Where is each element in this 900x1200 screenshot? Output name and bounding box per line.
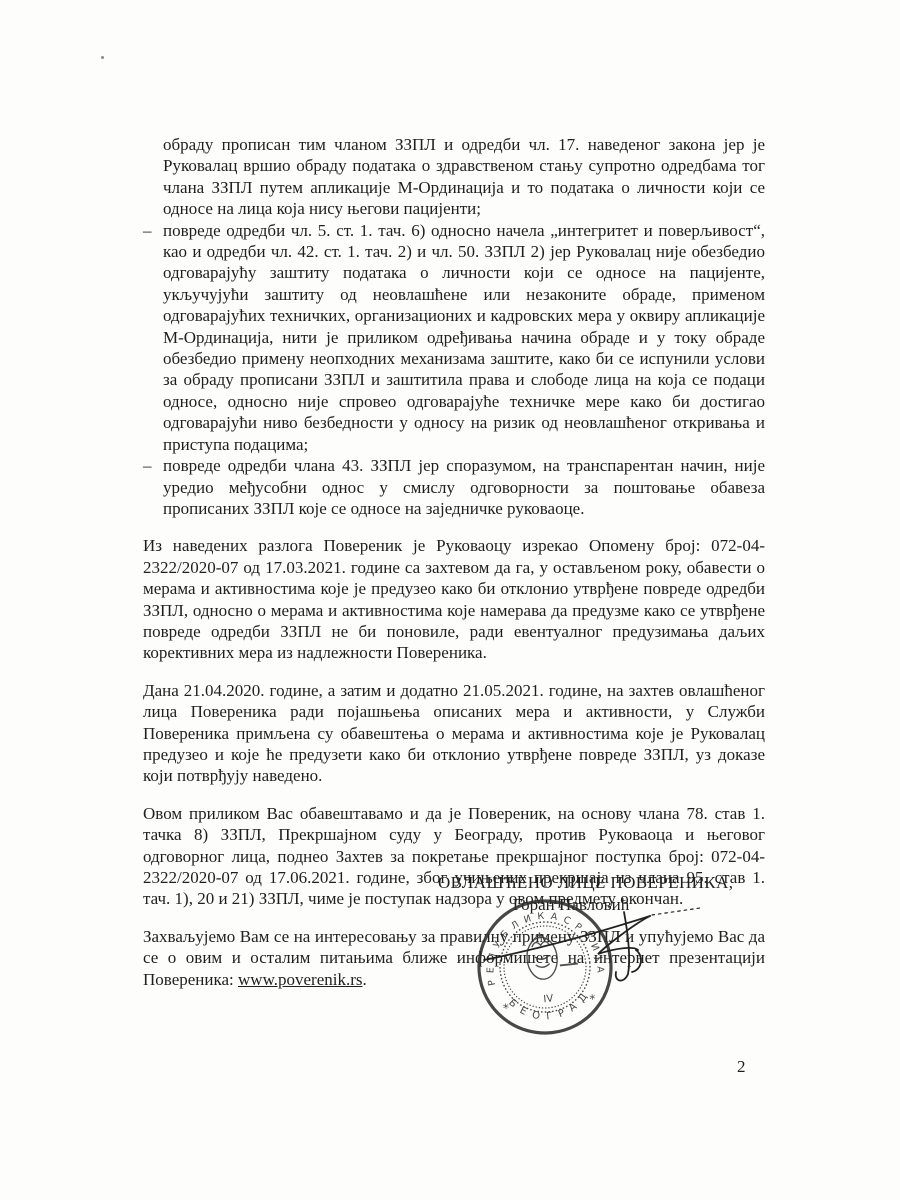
coat-of-arms-icon [524,929,579,981]
bullet-marker: – [143,220,152,241]
closing-suffix: . [363,970,367,989]
list-item-text: повреде одредби члана 43. ЗЗПЛ јер спора… [163,456,765,518]
official-stamp: Р Е П У Б Л И К А С Р Б И Ј А Б Е О Г Р … [438,886,738,1076]
document-page: обраду прописан тим чланом ЗЗПЛ и одредб… [0,0,900,1200]
stamp-center-label: IV [543,993,554,1005]
scan-speck [101,56,104,59]
poverenik-website-link[interactable]: www.poverenik.rs [238,970,362,989]
stamp-star-right: * [589,992,596,1007]
violations-list: – повреде одредби чл. 5. ст. 1. тач. 6) … [143,220,765,520]
paragraph-warning-issued: Из наведених разлога Повереник је Рукова… [143,535,765,663]
letter-body: обраду прописан тим чланом ЗЗПЛ и одредб… [143,134,765,990]
bullet-marker: – [143,455,152,476]
list-item: – повреде одредби чл. 5. ст. 1. тач. 6) … [143,220,765,455]
page-number: 2 [737,1057,746,1077]
paragraph-notifications-received: Дана 21.04.2020. године, а затим и додат… [143,680,765,787]
round-stamp-icon: Р Е П У Б Л И К А С Р Б И Ј А Б Е О Г Р … [472,894,617,1039]
bullet-continuation-text: обраду прописан тим чланом ЗЗПЛ и одредб… [163,134,765,220]
list-item-text: повреде одредби чл. 5. ст. 1. тач. 6) од… [163,221,765,454]
list-item: – повреде одредби члана 43. ЗЗПЛ јер спо… [143,455,765,519]
